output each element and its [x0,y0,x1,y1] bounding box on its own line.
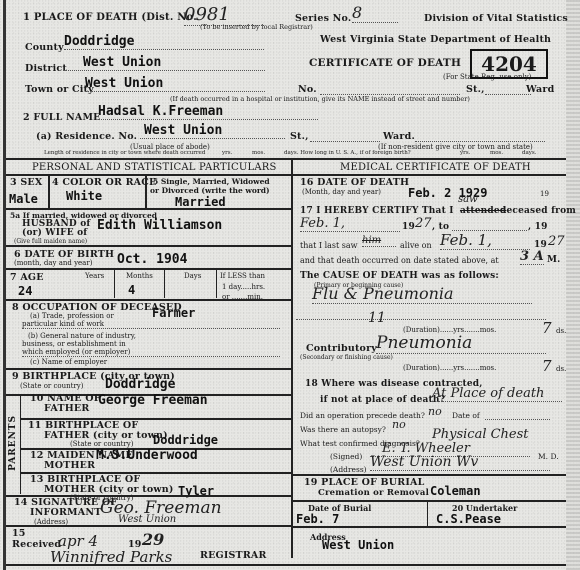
hospital-note: (If death occurred in a hospital or inst… [170,95,470,103]
residence-value: West Union [140,123,285,139]
alive-on-label: alive on [400,241,432,250]
cause-label: The CAUSE OF DEATH was as follows: [300,271,499,281]
town-label: Town or City [25,84,94,95]
death-certificate: 1 PLACE OF DEATH (Dist. No. 0981 (To be … [0,0,580,570]
medical-section-title: MEDICAL CERTIFICATE OF DEATH [340,162,531,173]
full-name-label: 2 FULL NAME [23,112,101,123]
last-saw-struck: him [362,235,396,247]
race-value: White [66,189,102,203]
series-label: Series No. [295,13,351,24]
operation-value: no [428,405,442,418]
bottom-border-right [291,564,566,566]
burial-value: Coleman [430,484,481,498]
father-name-label-2: FATHER [44,403,89,414]
burial-label-2: Cremation or Removal [318,488,429,498]
autopsy-label: Was there an autopsy? [300,425,386,434]
full-name-value: Hadsal K.Freeman [98,104,318,120]
duration-label-2: (Duration)......yrs.......mos. [403,364,496,372]
medical-title-divider [291,174,566,176]
informant-address: West Union [118,514,176,525]
age-years-label: Years [85,272,104,280]
physician-address: West Union Wv [370,454,550,471]
state-reg-note: (For State Reg. use only) [443,73,531,81]
last-saw-date: Feb. 1, [440,231,530,250]
row-divider-4 [6,299,291,301]
dod-year-suffix: 19 [540,190,549,198]
dod-label: 16 DATE OF DEATH [300,177,409,188]
right-edge-shadow [566,0,580,570]
contributory-label: Contributory [306,343,377,354]
dist-note: (To be inserted by local Registrar) [200,23,313,31]
marital-value: Married [175,195,226,209]
district-label: District [25,63,67,74]
dod-sub-label: (Month, day and year) [302,188,381,196]
marital-label: 5 Single, Married, Widowed [153,177,270,186]
death-time-label: and that death occurred on date stated a… [300,256,499,265]
usa-mos-label: mos. [490,150,503,156]
usa-yrs-label: yrs. [460,150,470,156]
sex-race-divider [48,174,50,208]
undertaker-address-divider [291,526,566,528]
hours-label: 1 day.....hrs. [222,283,265,291]
row-divider-1 [6,208,291,210]
burial-divider [291,474,566,476]
residence-ward-line [415,132,545,142]
from-date: Feb. 1, [300,216,400,232]
cause-line-2 [296,312,546,320]
bottom-border-left [6,564,291,566]
birthplace-value: Doddridge [105,377,175,392]
from-year: 27 [415,216,432,231]
usa-days-label: days. [522,150,536,156]
town-value: West Union [85,76,265,92]
received-number: 15 [12,528,26,539]
street-no-line [320,85,460,95]
occupation-a-label-2: particular kind of work [22,320,280,329]
contracted-label-2: if not at place of death? [320,395,445,405]
occupation-a-label: (a) Trade, profession or [30,312,114,320]
place-of-death-label: 1 PLACE OF DEATH (Dist. No. [23,12,197,23]
row-divider-3 [6,268,291,270]
to-date-line [452,223,527,231]
divider-sections [6,158,566,160]
received-year: 29 [142,530,164,549]
signed-label: (Signed) [330,452,362,461]
division-label: Division of Vital Statistics [424,13,568,24]
days-less-divider [216,268,217,298]
st-label: St., [466,84,485,95]
cause-primary-value: Flu & Pneumonia [312,284,532,304]
undertaker-address-value: West Union [322,538,394,552]
personal-section-title: PERSONAL AND STATISTICAL PARTICULARS [32,162,277,173]
length-mos-label: mos. [252,150,265,156]
less-than-label: If LESS than [220,272,265,280]
occupation-b-label-2: business, or establishment in [22,340,126,348]
autopsy-value: no [392,418,406,431]
burial-undertaker-divider [427,500,428,526]
certify-tail: deceased from [500,206,576,216]
certificate-title: CERTIFICATE OF DEATH [309,57,461,69]
row-divider-5 [6,368,291,370]
age-days-label: Days [184,272,201,280]
last-saw-label: that I last saw [300,241,358,250]
age-months-value: 4 [128,283,135,297]
race-label: 4 COLOR OR RACE [52,177,156,188]
length-yrs-label: yrs. [222,150,232,156]
marital-label-2: or Divorced (write the word) [150,186,270,195]
department-label: West Virginia State Department of Health [320,34,551,45]
ward-label: Ward [526,84,554,95]
duration-days-2: 7 [542,357,552,375]
spouse-label-4: (Give full maiden name) [14,238,87,245]
dob-sub-label: (month, day and year) [14,259,92,267]
occupation-c-label: (c) Name of employer [30,358,107,366]
contracted-value: At Place of death [432,386,562,402]
death-time-value: 3 A [520,249,544,265]
residence-ward-label: Ward. [383,131,415,142]
mother-name-label-2: MOTHER [44,460,95,471]
duration-ds-label-2: ds. [556,365,566,373]
physician-address-label: (Address) [330,465,367,474]
residence-street-line [310,132,380,142]
burial-date-value: Feb. 7 [296,512,339,526]
parents-divider [20,394,21,494]
length-residence-note: Length of residence in city or town wher… [44,150,205,156]
contributory-value: Pneumonia [376,333,546,354]
street-no-label: No. [298,84,317,95]
county-label: County [25,42,64,53]
burial-date-divider [291,500,566,502]
age-label: 7 AGE [10,272,44,283]
certify-inserted-word: saw [458,194,478,205]
county-value: Doddridge [64,34,264,50]
series-no-value: 8 [352,3,398,23]
operation-date-line [485,412,550,420]
divider-columns [291,158,293,558]
years-months-divider [114,268,115,298]
burial-label: 19 PLACE OF BURIAL [304,477,424,488]
from-year-prefix: 19 [402,222,415,232]
operation-date-label: Date of [452,411,480,420]
age-years-value: 24 [18,284,32,298]
mother-name-value: M.S.Underwood [96,448,198,463]
sex-label: 3 SEX [10,177,42,188]
occupation-b-label: (b) General nature of industry, [28,332,136,340]
last-saw-year: 27 [548,234,565,249]
to-year-prefix: , 19 [528,222,548,232]
cause-primary-line-2: 11 [368,310,386,326]
row-divider-2 [6,245,291,247]
left-border [3,0,6,570]
duration-ds-label-1: ds. [556,327,566,335]
father-birthplace-value: Doddridge [153,433,218,447]
occupation-b-label-3: which employed (or employer) [22,348,280,357]
registrar-label: REGISTRAR [200,550,267,561]
age-months-label: Months [126,272,153,280]
months-days-divider [164,268,165,298]
occupation-value: Farmer [152,306,195,320]
spouse-label-3: (or) WIFE of [22,228,87,238]
operation-label: Did an operation precede death? [300,411,425,420]
test-value: Physical Chest [432,427,529,442]
certify-label: 17 I HEREBY CERTIFY That I [300,206,454,216]
birthplace-sub-label: (State or country) [20,382,83,390]
undertaker-value: C.S.Pease [436,512,501,526]
foreign-birth-note: days. How long in U. S. A., if of foreig… [284,150,411,156]
parents-label: PARENTS [8,415,18,471]
father-name-value: George Freeman [98,393,208,408]
dob-value: Oct. 1904 [117,252,187,267]
district-value: West Union [63,55,265,71]
residence-label: (a) Residence. No. [36,131,137,142]
informant-label-2: INFORMANT [30,507,101,518]
sex-value: Male [9,192,38,206]
spouse-value: Edith Williamson [97,218,222,233]
death-time-m: M. [547,255,561,265]
residence-st-label: St., [290,131,309,142]
father-birthplace-sub: (State or country) [70,440,133,448]
row-divider-11 [6,525,291,527]
ward-line [485,85,531,95]
contributory-sub-label: (Secondary or finishing cause) [300,354,393,361]
